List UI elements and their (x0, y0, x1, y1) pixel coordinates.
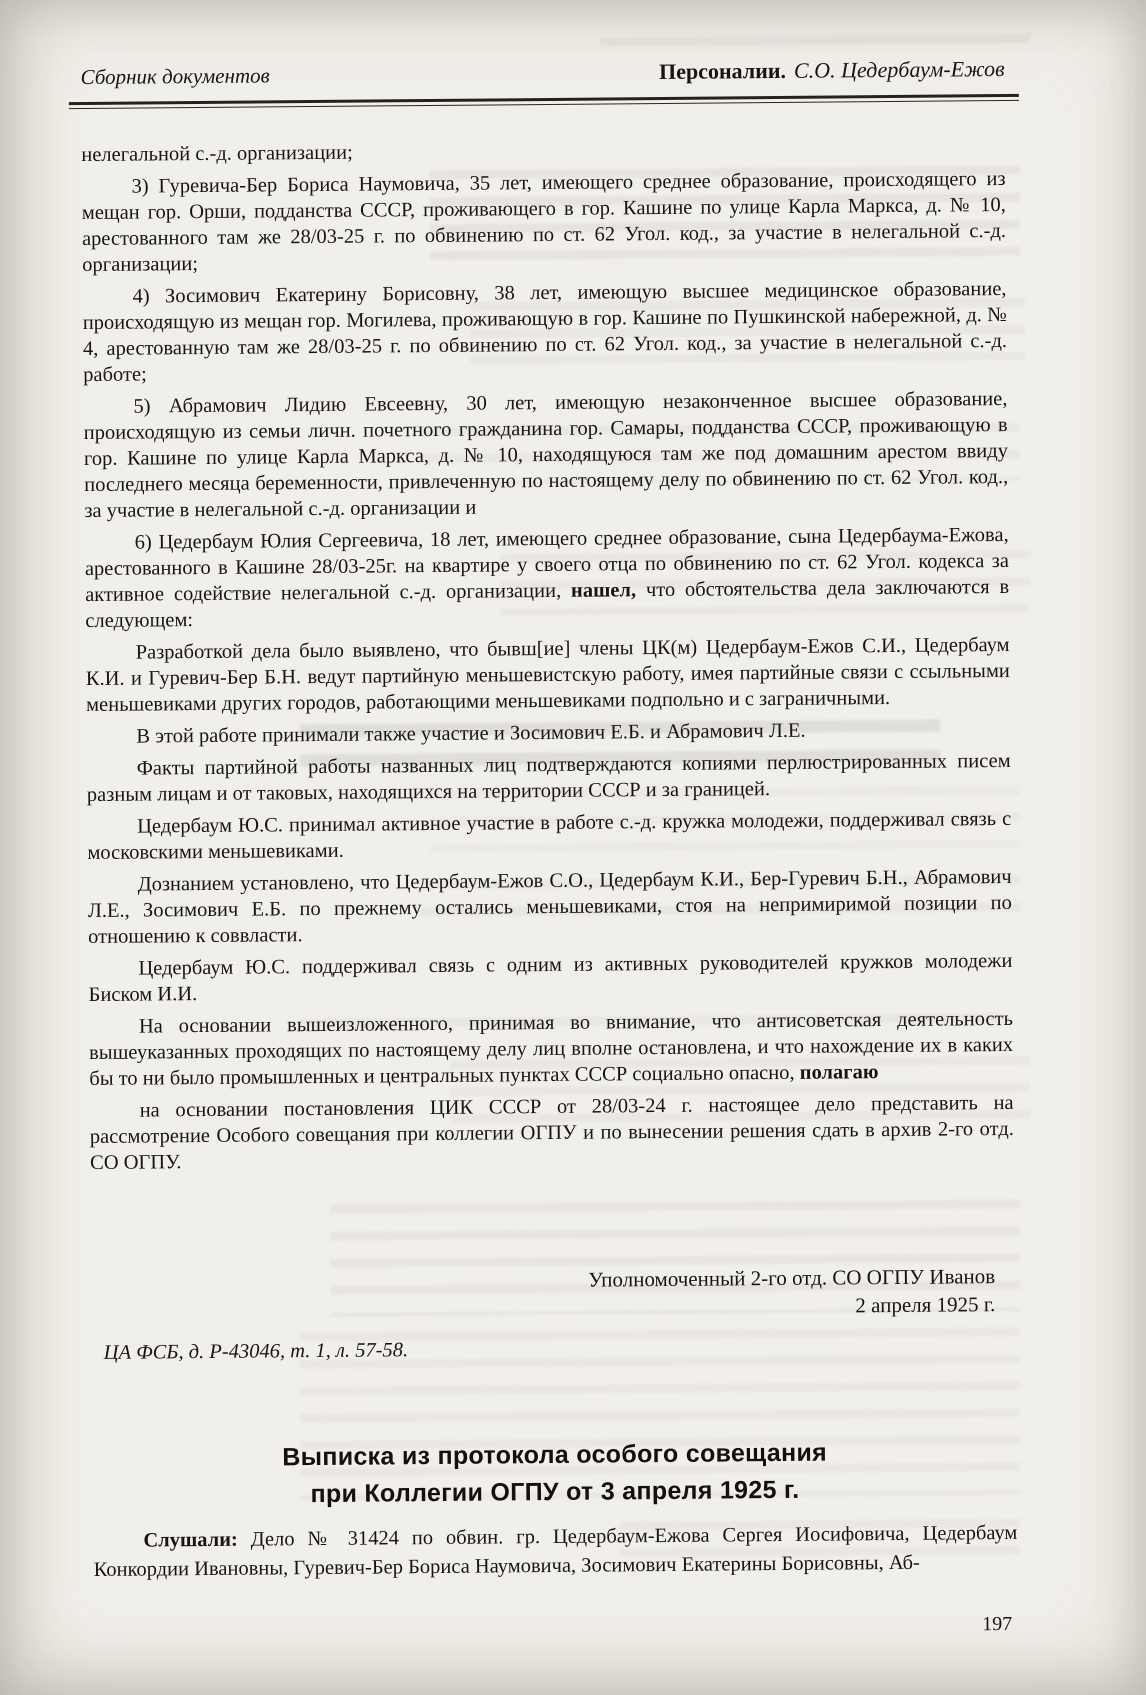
paragraph: нелегальной с.-д. организации; (81, 134, 1005, 168)
bold-text-run: полагаю (800, 1061, 879, 1084)
text-run: Дознанием установлено, что Цедербаум-Ежо… (88, 866, 1012, 948)
hearing-paragraph: Слушали: Дело № 31424 по обвин. гр. Цеде… (93, 1519, 1018, 1591)
section-heading: Выписка из протокола особого совещания п… (93, 1433, 1018, 1515)
bold-text-run: нашел, (571, 579, 636, 602)
paragraph: Факты партийной работы названных лиц под… (87, 748, 1011, 808)
text-run: Факты партийной работы названных лиц под… (87, 750, 1011, 806)
text-run: Цедербаум Ю.С. принимал активное участие… (87, 808, 1011, 864)
running-header: Сборник документов Персоналии.С.О. Цедер… (81, 56, 1005, 96)
paragraph: на основании постановления ЦИК СССР от 2… (90, 1090, 1015, 1176)
page-content: Сборник документов Персоналии.С.О. Цедер… (81, 56, 1019, 1644)
paragraph: 4) Зосимович Екатерину Борисовну, 38 лет… (82, 276, 1007, 388)
header-rule (69, 94, 1019, 109)
page-number: 197 (94, 1613, 1018, 1644)
section-heading-line-2: при Коллегии ОГПУ от 3 апреля 1925 г. (93, 1470, 1017, 1515)
paragraph: Слушали: Дело № 31424 по обвин. гр. Цеде… (93, 1519, 1017, 1585)
paragraph: Цедербаум Ю.С. принимал активное участие… (87, 806, 1011, 866)
paragraph: Цедербаум Ю.С. поддерживал связь с одним… (88, 948, 1012, 1008)
paragraph: На основании вышеизложенного, принимая в… (89, 1006, 1014, 1092)
paragraph: 5) Абрамович Лидию Евсеевну, 30 лет, име… (83, 386, 1008, 524)
text-run: нелегальной с.-д. организации; (81, 141, 353, 165)
text-run: 5) Абрамович Лидию Евсеевну, 30 лет, име… (84, 388, 1009, 522)
text-run: 3) Гуревича-Бер Бориса Наумовича, 35 лет… (82, 168, 1006, 276)
paragraph: 3) Гуревича-Бер Бориса Наумовича, 35 лет… (81, 166, 1006, 278)
text-run: 4) Зосимович Екатерину Борисовну, 38 лет… (83, 278, 1007, 386)
paragraph: Дознанием установлено, что Цедербаум-Ежо… (88, 864, 1013, 950)
archive-reference: ЦА ФСБ, д. Р-43046, т. 1, л. 57-58. (92, 1334, 1016, 1365)
bold-text-run: Слушали: (143, 1528, 238, 1551)
text-run: Разработкой дела было выявлено, что бывш… (86, 634, 1010, 716)
text-run: на основании постановления ЦИК СССР от 2… (90, 1092, 1014, 1174)
chapter-header: Персоналии.С.О. Цедербаум-Ежов (659, 56, 1005, 85)
signature-block: Уполномоченный 2-го отд. СО ОГПУ Иванов … (91, 1262, 1015, 1326)
paragraph: 6) Цедербаум Юлия Сергеевича, 18 лет, им… (85, 522, 1010, 634)
paragraph: В этой работе принимали также участие и … (86, 716, 1010, 750)
person-name: С.О. Цедербаум-Ежов (794, 56, 1005, 83)
paper-background: Сборник документов Персоналии.С.О. Цедер… (0, 0, 1146, 1695)
chapter-label: Персоналии. (659, 58, 786, 84)
text-run: В этой работе принимали также участие и … (136, 719, 805, 747)
scanned-book-page: { "colors":{"ink":"#181510","paper":"#f1… (0, 0, 1146, 1695)
text-run: Цедербаум Ю.С. поддерживал связь с одним… (89, 950, 1013, 1006)
paragraph: Разработкой дела было выявлено, что бывш… (86, 632, 1011, 718)
document-body: нелегальной с.-д. организации;3) Гуревич… (81, 134, 1014, 1230)
book-title: Сборник документов (81, 63, 270, 90)
